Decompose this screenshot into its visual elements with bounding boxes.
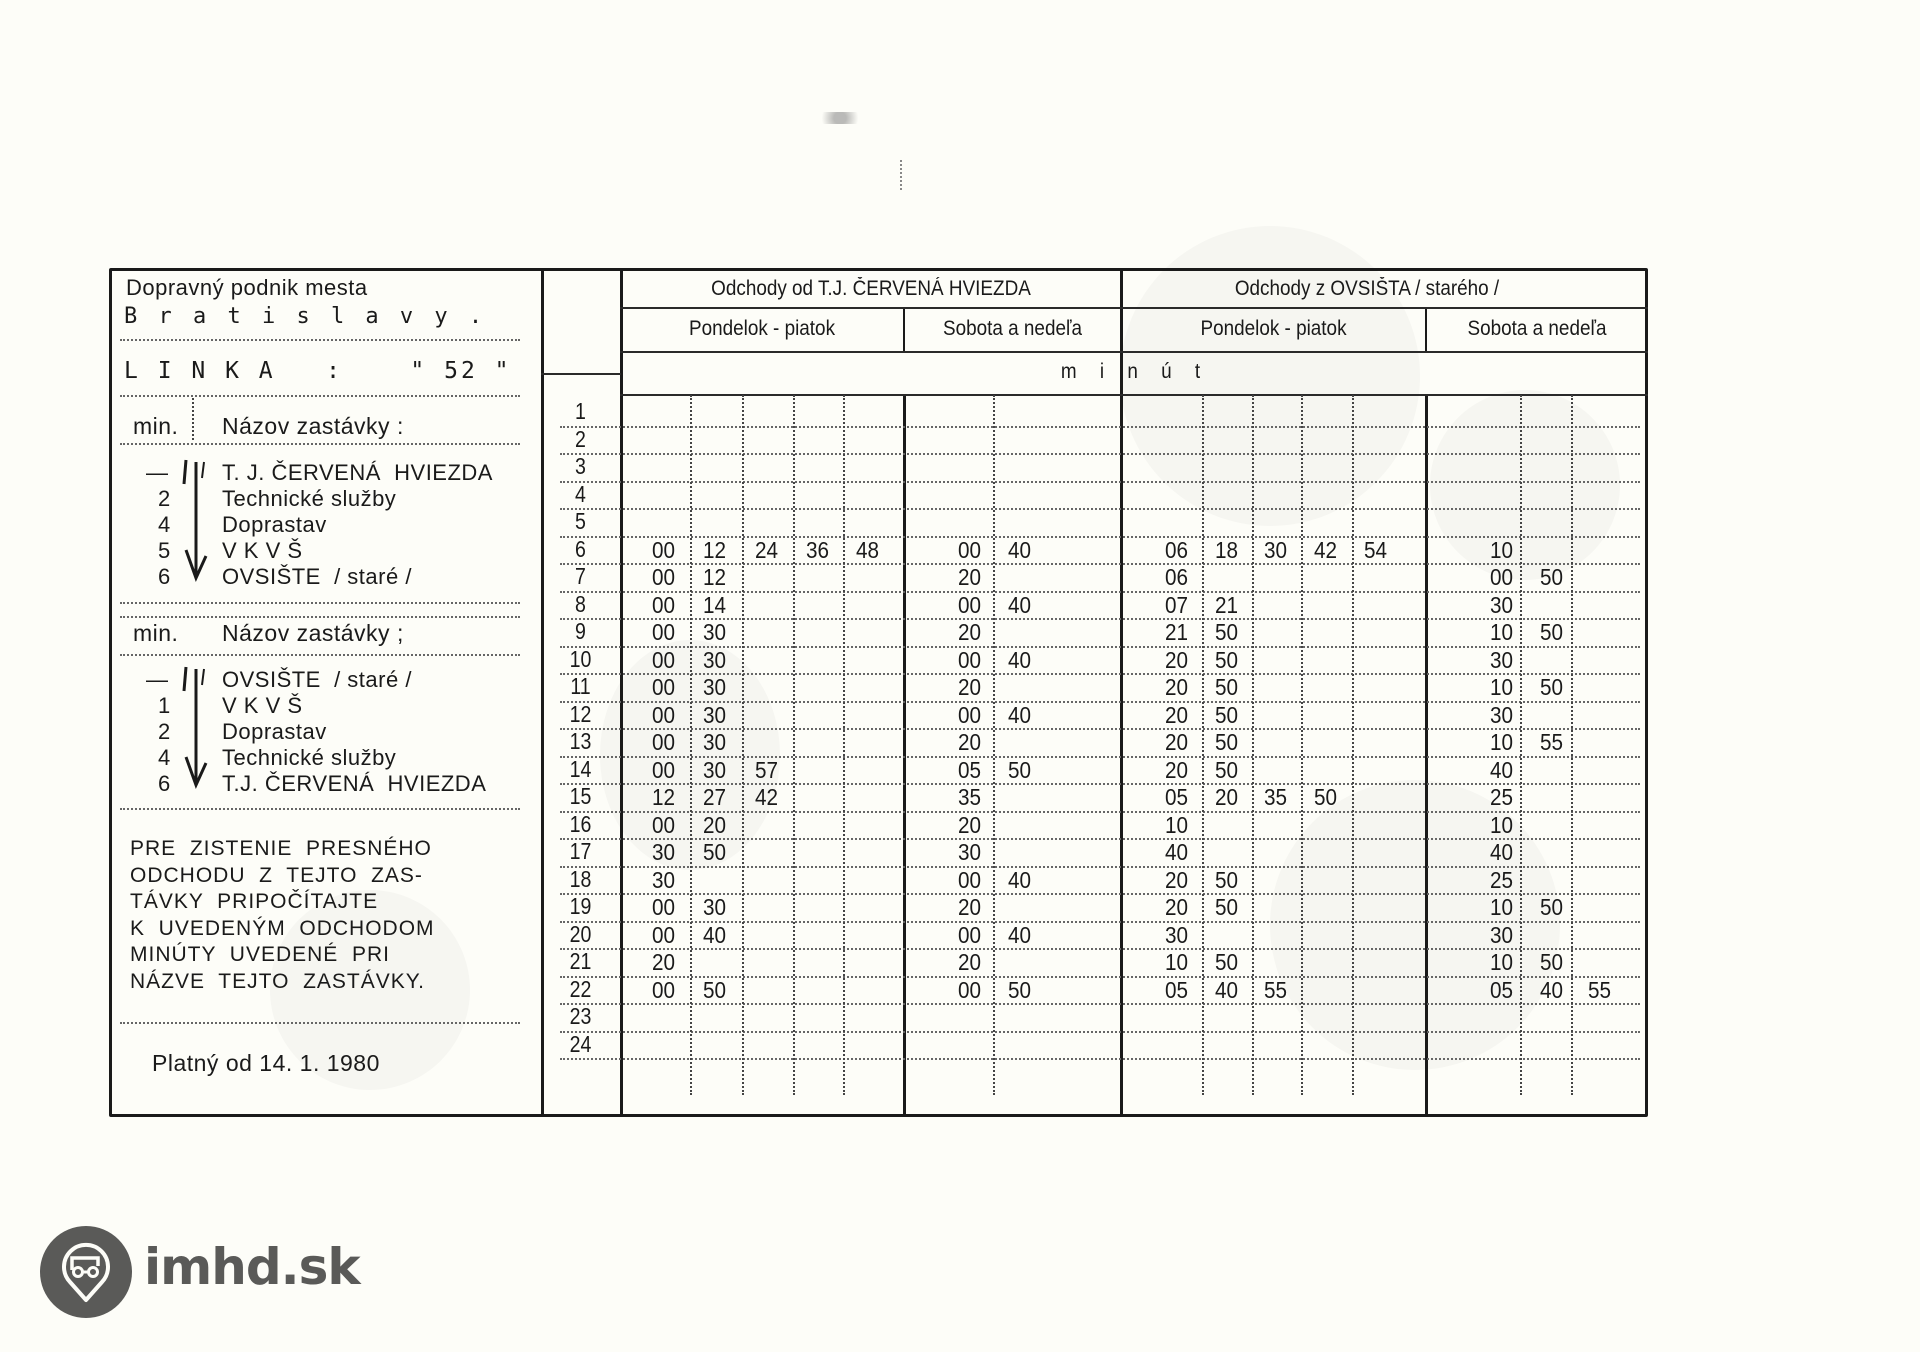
minute-cell: 10 [1490, 812, 1513, 839]
minute-cell: 10 [1490, 729, 1513, 756]
minute-cell: 00 [958, 702, 981, 729]
minute-cell: 50 [1215, 619, 1238, 646]
minute-cell: 40 [703, 922, 726, 949]
stop-minutes: — [146, 667, 169, 693]
minute-cell: 20 [1165, 702, 1188, 729]
minute-cell: 24 [755, 537, 778, 564]
cervena-days-divider [903, 308, 905, 352]
minute-cell: 06 [1165, 564, 1188, 591]
minute-cell: 00 [652, 894, 675, 921]
note-line: MINÚTY UVEDENÉ PRI [130, 943, 390, 967]
hour-cell: 21 [547, 948, 614, 975]
separator [192, 398, 194, 440]
minute-cell: 55 [1264, 977, 1287, 1004]
sub-column-separator [993, 395, 995, 1095]
minute-cell: 30 [703, 647, 726, 674]
minute-cell: 20 [958, 729, 981, 756]
minute-cell: 10 [1490, 537, 1513, 564]
stop-name: T. J. ČERVENÁ HVIEZDA [222, 460, 493, 486]
minute-cell: 20 [958, 812, 981, 839]
minute-cell: 25 [1490, 784, 1513, 811]
minute-cell: 00 [958, 922, 981, 949]
sub-column-separator [843, 395, 845, 1095]
hour-cell: 22 [547, 976, 614, 1003]
stop-name: Doprastav [222, 719, 327, 745]
minute-cell: 27 [703, 784, 726, 811]
minute-cell: 21 [1165, 619, 1188, 646]
minute-cell: 30 [1490, 702, 1513, 729]
hour-cell: 23 [547, 1003, 614, 1030]
col-cervena-weekend: Sobota a nedeľa [916, 317, 1110, 341]
stop-minutes: 2 [158, 486, 171, 512]
minute-cell: 50 [1540, 949, 1563, 976]
col-ovsiste-weekday: Pondelok - piatok [1137, 317, 1410, 341]
header-line [620, 351, 1648, 353]
minute-cell: 06 [1165, 537, 1188, 564]
minute-cell: 40 [1165, 839, 1188, 866]
direction-arrow-icon [176, 458, 216, 586]
stop-minutes: — [146, 460, 169, 486]
separator [120, 808, 520, 810]
minute-cell: 00 [652, 977, 675, 1004]
row-separator [560, 1058, 1640, 1060]
minute-cell: 18 [1215, 537, 1238, 564]
hour-cell: 6 [547, 536, 614, 563]
minute-cell: 14 [703, 592, 726, 619]
company-city: B r a t i s l a v y . [124, 304, 486, 329]
hour-cell: 24 [547, 1031, 614, 1058]
minute-cell: 48 [856, 537, 879, 564]
hour-cell: 12 [547, 701, 614, 728]
minute-cell: 10 [1165, 949, 1188, 976]
minute-cell: 50 [1008, 977, 1031, 1004]
minute-cell: 50 [1314, 784, 1337, 811]
stop-minutes: 1 [158, 693, 171, 719]
sub-column-separator [1571, 395, 1573, 1095]
minute-cell: 05 [1165, 784, 1188, 811]
minute-cell: 30 [652, 867, 675, 894]
note-line: TÁVKY PRIPOČÍTAJTE [130, 890, 378, 914]
minute-cell: 40 [1008, 592, 1031, 619]
minute-cell: 40 [1008, 867, 1031, 894]
minute-cell: 00 [958, 537, 981, 564]
minute-cell: 30 [703, 702, 726, 729]
minute-cell: 50 [1215, 674, 1238, 701]
hour-cell: 19 [547, 893, 614, 920]
stop-name: OVSIŠTE / staré / [222, 564, 412, 590]
route-back-min-header: min. [133, 620, 178, 647]
group-title-cervena-hviezda: Odchody od T.J. ČERVENÁ HVIEZDA [647, 277, 1095, 301]
company-name: Dopravný podnik mesta [126, 275, 368, 301]
valid-from: Platný od 14. 1. 1980 [152, 1050, 380, 1077]
minute-cell: 30 [703, 674, 726, 701]
minute-cell: 00 [652, 702, 675, 729]
stop-minutes: 6 [158, 564, 171, 590]
minute-cell: 50 [1540, 674, 1563, 701]
minute-cell: 20 [958, 674, 981, 701]
stop-name: T.J. ČERVENÁ HVIEZDA [222, 771, 486, 797]
minute-cell: 30 [652, 839, 675, 866]
minute-cell: 00 [652, 647, 675, 674]
minute-cell: 07 [1165, 592, 1188, 619]
row-separator [560, 1031, 1640, 1033]
hour-cell: 7 [547, 563, 614, 590]
minute-cell: 40 [1008, 922, 1031, 949]
minute-cell: 55 [1588, 977, 1611, 1004]
direction-arrow-icon [176, 665, 216, 793]
minute-cell: 50 [1215, 867, 1238, 894]
ovsiste-days-divider [1425, 308, 1427, 352]
hour-cell: 10 [547, 646, 614, 673]
minute-cell: 20 [1165, 674, 1188, 701]
hour-cell: 3 [547, 453, 614, 480]
route-out-min-header: min. [133, 413, 178, 440]
stop-name: V K V Š [222, 693, 303, 719]
minute-cell: 00 [652, 564, 675, 591]
note-line: ODCHODU Z TEJTO ZAS- [130, 864, 423, 888]
stop-minutes: 4 [158, 512, 171, 538]
minute-cell: 50 [1215, 949, 1238, 976]
minute-cell: 55 [1540, 729, 1563, 756]
minute-cell: 25 [1490, 867, 1513, 894]
stop-name: Technické služby [222, 486, 396, 512]
sub-column-separator [1202, 395, 1204, 1095]
stop-name: V K V Š [222, 538, 303, 564]
hour-cell: 18 [547, 866, 614, 893]
stop-minutes: 4 [158, 745, 171, 771]
sub-column-separator [1520, 395, 1522, 1095]
note-line: K UVEDENÝM ODCHODOM [130, 917, 435, 941]
hour-cell: 1 [547, 398, 614, 425]
minute-cell: 50 [1540, 894, 1563, 921]
minute-cell: 36 [806, 537, 829, 564]
minute-cell: 05 [958, 757, 981, 784]
minute-cell: 40 [1008, 647, 1031, 674]
minute-cell: 00 [652, 592, 675, 619]
minute-cell: 20 [1165, 894, 1188, 921]
scan-speckle [810, 112, 870, 124]
minute-cell: 00 [958, 647, 981, 674]
minute-cell: 20 [1165, 647, 1188, 674]
minute-cell: 20 [703, 812, 726, 839]
stop-minutes: 6 [158, 771, 171, 797]
hour-cell: 15 [547, 783, 614, 810]
minute-cell: 50 [1215, 894, 1238, 921]
stop-name: OVSIŠTE / staré / [222, 667, 412, 693]
minutes-label: m i n ú t [673, 360, 1596, 384]
minute-cell: 00 [652, 619, 675, 646]
scan-speckle [900, 160, 906, 190]
header-line [541, 373, 621, 375]
group-title-ovsiste: Odchody z OVSIŠTA / starého / [1147, 277, 1588, 301]
minute-cell: 12 [703, 537, 726, 564]
minute-cell: 40 [1215, 977, 1238, 1004]
minute-cell: 00 [652, 922, 675, 949]
minute-cell: 10 [1490, 619, 1513, 646]
minute-cell: 20 [1165, 757, 1188, 784]
separator [120, 654, 520, 656]
minute-cell: 50 [1215, 702, 1238, 729]
minute-cell: 50 [1540, 619, 1563, 646]
minute-cell: 00 [652, 674, 675, 701]
minute-cell: 10 [1165, 812, 1188, 839]
separator [120, 443, 520, 445]
minute-cell: 50 [1215, 647, 1238, 674]
sub-column-separator [1301, 395, 1303, 1095]
minute-cell: 20 [958, 564, 981, 591]
minute-cell: 54 [1364, 537, 1387, 564]
minute-cell: 00 [958, 977, 981, 1004]
minute-cell: 30 [1165, 922, 1188, 949]
sub-column-separator [793, 395, 795, 1095]
minute-cell: 57 [755, 757, 778, 784]
minute-cell: 12 [652, 784, 675, 811]
hour-cell: 9 [547, 618, 614, 645]
hour-cell: 4 [547, 481, 614, 508]
minute-cell: 00 [652, 812, 675, 839]
hour-cell: 8 [547, 591, 614, 618]
minute-cell: 10 [1490, 674, 1513, 701]
hour-cell: 20 [547, 921, 614, 948]
line-number: L I N K A : " 52 " [124, 358, 512, 384]
minute-cell: 30 [1490, 592, 1513, 619]
minute-cell: 00 [652, 537, 675, 564]
hour-cell: 13 [547, 728, 614, 755]
header-line [620, 307, 1648, 309]
minute-cell: 20 [958, 894, 981, 921]
col-ovsiste-weekend: Sobota a nedeľa [1438, 317, 1636, 341]
minute-cell: 30 [703, 894, 726, 921]
col-cervena-weekday: Pondelok - piatok [636, 317, 888, 341]
minute-cell: 50 [703, 839, 726, 866]
imhd-logo-icon [40, 1226, 132, 1318]
sub-column-separator [742, 395, 744, 1095]
minute-cell: 05 [1165, 977, 1188, 1004]
separator [120, 339, 520, 341]
minute-cell: 40 [1490, 839, 1513, 866]
separator [120, 395, 520, 397]
minute-cell: 50 [1215, 729, 1238, 756]
minute-cell: 40 [1008, 702, 1031, 729]
hour-cell: 17 [547, 838, 614, 865]
minute-cell: 10 [1490, 949, 1513, 976]
row-separator [560, 426, 1640, 428]
minute-cell: 21 [1215, 592, 1238, 619]
hour-cell: 11 [547, 673, 614, 700]
stop-minutes: 2 [158, 719, 171, 745]
sub-column-separator [1252, 395, 1254, 1095]
row-separator [560, 508, 1640, 510]
minute-cell: 50 [1215, 757, 1238, 784]
minute-cell: 42 [1314, 537, 1337, 564]
minute-cell: 30 [703, 619, 726, 646]
imhd-logo-text: imhd.sk [144, 1238, 360, 1296]
minute-cell: 30 [1264, 537, 1287, 564]
minute-cell: 35 [1264, 784, 1287, 811]
minute-cell: 50 [703, 977, 726, 1004]
hour-cell: 16 [547, 811, 614, 838]
minute-cell: 00 [958, 592, 981, 619]
minute-cell: 50 [1540, 564, 1563, 591]
minute-cell: 35 [958, 784, 981, 811]
separator [120, 602, 520, 604]
minute-cell: 00 [652, 757, 675, 784]
note-line: PRE ZISTENIE PRESNÉHO [130, 837, 432, 861]
minute-cell: 00 [958, 867, 981, 894]
stop-name: Doprastav [222, 512, 327, 538]
sub-column-separator [1352, 395, 1354, 1095]
minute-cell: 30 [1490, 647, 1513, 674]
separator [120, 616, 520, 618]
minute-cell: 20 [1215, 784, 1238, 811]
stop-name: Technické služby [222, 745, 396, 771]
route-out-name-header: Názov zastávky : [222, 413, 404, 440]
minute-cell: 20 [1165, 729, 1188, 756]
hour-cell: 5 [547, 508, 614, 535]
minute-cell: 40 [1008, 537, 1031, 564]
minute-cell: 20 [1165, 867, 1188, 894]
stop-minutes: 5 [158, 538, 171, 564]
minute-cell: 20 [652, 949, 675, 976]
header-line [620, 394, 1648, 396]
row-separator [560, 453, 1640, 455]
left-panel-divider [541, 268, 544, 1117]
minute-cell: 00 [1490, 564, 1513, 591]
row-separator [560, 481, 1640, 483]
minute-cell: 12 [703, 564, 726, 591]
minute-cell: 05 [1490, 977, 1513, 1004]
route-back-name-header: Názov zastávky ; [222, 620, 404, 647]
sub-column-separator [690, 395, 692, 1095]
separator [120, 1022, 520, 1024]
minute-cell: 50 [1008, 757, 1031, 784]
minute-cell: 30 [703, 729, 726, 756]
minute-cell: 20 [958, 619, 981, 646]
note-line: NÁZVE TEJTO ZASTÁVKY. [130, 970, 425, 994]
minute-cell: 20 [958, 949, 981, 976]
minute-cell: 30 [1490, 922, 1513, 949]
minute-cell: 30 [703, 757, 726, 784]
minute-cell: 30 [958, 839, 981, 866]
minute-cell: 40 [1540, 977, 1563, 1004]
hour-cell: 2 [547, 426, 614, 453]
minute-cell: 40 [1490, 757, 1513, 784]
minute-cell: 42 [755, 784, 778, 811]
minute-cell: 00 [652, 729, 675, 756]
minute-cell: 10 [1490, 894, 1513, 921]
hour-cell: 14 [547, 756, 614, 783]
